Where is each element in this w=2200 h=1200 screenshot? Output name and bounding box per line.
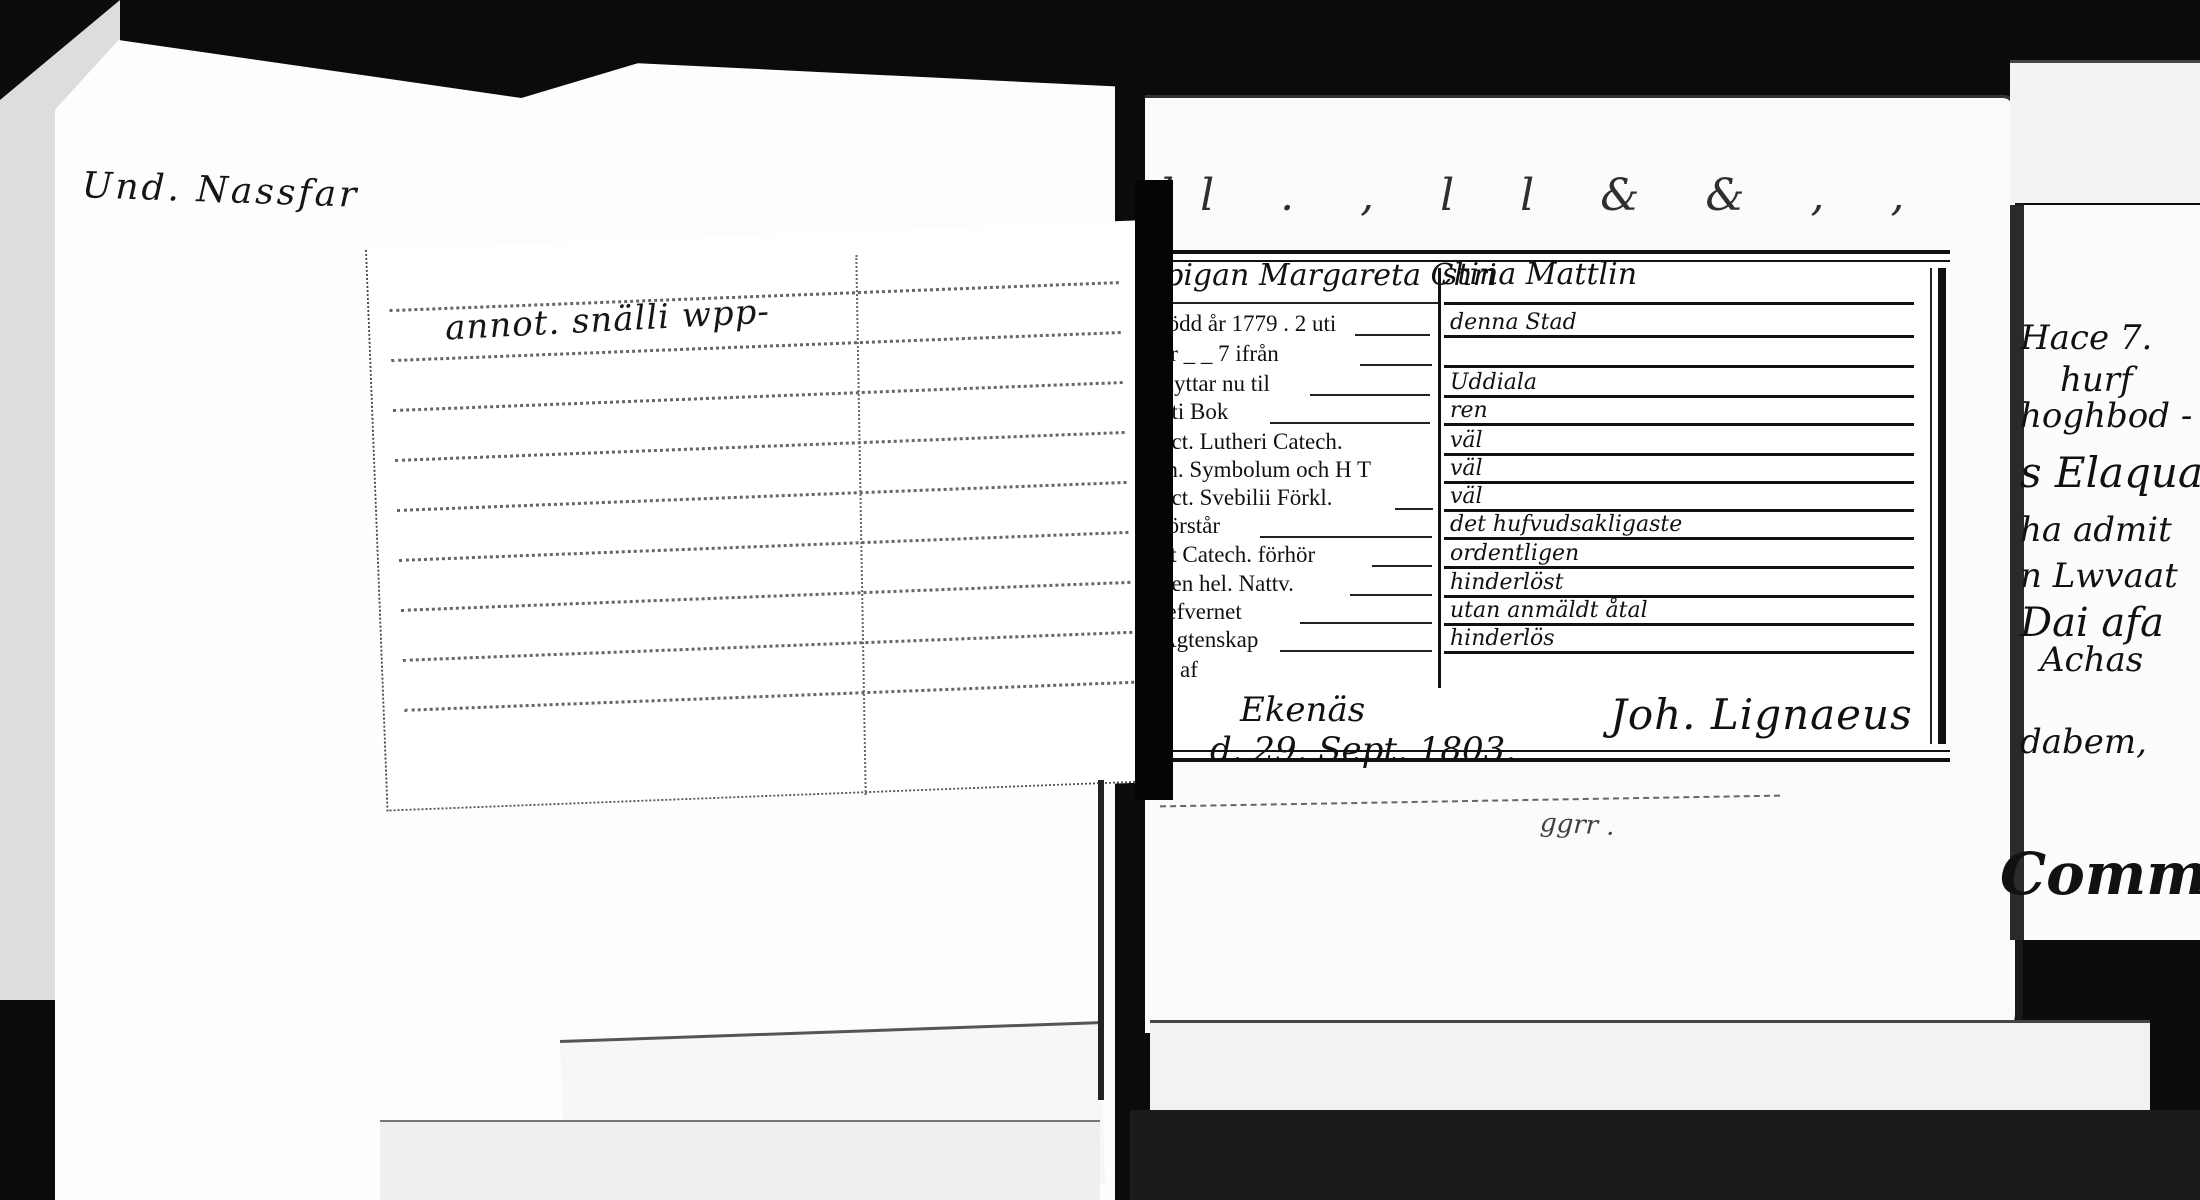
card-rule bbox=[395, 431, 1125, 462]
form-right-border bbox=[1938, 268, 1946, 744]
edge-line: Hace 7. bbox=[2020, 318, 2152, 358]
answer-line bbox=[1444, 537, 1914, 540]
left-page-fold-lower bbox=[380, 1120, 1100, 1200]
name-answer: stina Mattlin bbox=[1442, 264, 1637, 286]
certificate-form: -pigan Margareta Chri stina Mattlin född… bbox=[1150, 250, 1950, 762]
form-row-lefvernet: lefvernet utan anmäldt åtal bbox=[1150, 600, 1930, 622]
row-answer: hinderlös bbox=[1450, 628, 1555, 650]
label-line bbox=[1300, 622, 1432, 624]
answer-line bbox=[1444, 335, 1914, 338]
form-row-nattv: den hel. Nattv. hinderlöst bbox=[1150, 572, 1930, 594]
form-row-moves-to: flyttar nu til Uddiala bbox=[1150, 372, 1930, 394]
card-rule bbox=[399, 531, 1129, 562]
form-row-name: -pigan Margareta Chri stina Mattlin bbox=[1150, 272, 1930, 294]
edge-line: ha admit bbox=[2020, 510, 2172, 550]
row-label: th. Symbolum och H T bbox=[1160, 458, 1371, 482]
edge-line: n Lwvaat bbox=[2020, 556, 2178, 596]
binding-gutter bbox=[1135, 180, 1173, 800]
issued-by-label: af bbox=[1180, 657, 1198, 683]
label-line bbox=[1280, 650, 1432, 652]
answer-line bbox=[1444, 395, 1914, 398]
edge-line: dabem, bbox=[2020, 722, 2147, 762]
row-label: den hel. Nattv. bbox=[1160, 572, 1294, 596]
underline bbox=[1150, 302, 1438, 304]
edge-line: hurf bbox=[2060, 360, 2133, 400]
answer-line bbox=[1444, 423, 1914, 426]
label-line bbox=[1350, 594, 1432, 596]
card-rule bbox=[401, 581, 1131, 612]
label-line bbox=[1355, 334, 1430, 336]
row-answer: denna Stad bbox=[1450, 312, 1577, 334]
answer-line bbox=[1444, 566, 1914, 569]
row-answer: hinderlöst bbox=[1450, 572, 1563, 594]
form-row-symbolum: th. Symbolum och H T väl bbox=[1150, 458, 1930, 480]
row-label: flyttar nu til bbox=[1160, 372, 1270, 396]
signature: Joh. Lignaeus bbox=[1610, 690, 1913, 739]
answer-line bbox=[1444, 302, 1914, 305]
card-rule bbox=[405, 681, 1135, 712]
binding-strip bbox=[1098, 780, 1104, 1100]
label-line bbox=[1270, 422, 1430, 424]
form-row-lutheri: oct. Lutheri Catech. väl bbox=[1150, 430, 1930, 452]
form-right-border-inner bbox=[1930, 268, 1932, 744]
row-answer: ren bbox=[1450, 400, 1488, 422]
form-row-understands: förstår det hufvudsakligaste bbox=[1150, 514, 1930, 536]
edge-line: hoghbod - bbox=[2020, 396, 2192, 436]
form-row-from: år _ _ 7 ifrån bbox=[1150, 342, 1930, 364]
issued-date: d. 29. Sept. 1803. bbox=[1210, 730, 1516, 770]
form-row-catech-forhor: at Catech. förhör ordentligen bbox=[1150, 543, 1930, 565]
label-line bbox=[1260, 536, 1432, 538]
row-label: Ägtenskap bbox=[1160, 628, 1258, 652]
binding-bottom bbox=[1130, 1110, 2200, 1200]
label-line bbox=[1360, 364, 1432, 366]
card-rule bbox=[403, 631, 1133, 662]
row-answer: ordentligen bbox=[1450, 543, 1579, 565]
row-label: oct. Lutheri Catech. bbox=[1160, 430, 1343, 454]
answer-line bbox=[1444, 481, 1914, 484]
row-label: oct. Svebilii Förkl. bbox=[1160, 486, 1333, 510]
card-rule bbox=[393, 381, 1123, 412]
issued-place: Ekenäs bbox=[1240, 690, 1516, 730]
edge-line-large: Commanden bbox=[2000, 840, 2200, 908]
edge-line: s Elaqua bbox=[2020, 448, 2200, 497]
answer-line bbox=[1444, 453, 1914, 456]
row-answer: väl bbox=[1450, 430, 1483, 452]
label-line bbox=[1395, 508, 1433, 510]
card-rule bbox=[397, 481, 1127, 512]
row-label: at Catech. förhör bbox=[1160, 543, 1315, 567]
row-label: född år 1779 . 2 uti bbox=[1160, 312, 1336, 336]
issued-place-date: Ekenäs d. 29. Sept. 1803. bbox=[1230, 690, 1516, 770]
answer-line bbox=[1444, 365, 1914, 368]
label-line bbox=[1372, 565, 1432, 567]
form-row-svebilii: oct. Svebilii Förkl. väl bbox=[1150, 486, 1930, 508]
row-answer: utan anmäldt åtal bbox=[1450, 600, 1648, 622]
row-answer: det hufvudsakligaste bbox=[1450, 514, 1682, 536]
row-answer: väl bbox=[1450, 458, 1483, 480]
top-scribble: ll . , l l & & , , bbox=[1160, 170, 1930, 221]
answer-line bbox=[1444, 651, 1914, 654]
edge-line: Achas bbox=[2040, 640, 2143, 680]
form-row-born: född år 1779 . 2 uti denna Stad bbox=[1150, 312, 1930, 334]
right-page-stack bbox=[1150, 1020, 2150, 1117]
below-form-scribble: ggrr . bbox=[1539, 808, 1615, 842]
label-line bbox=[1310, 394, 1430, 396]
row-answer: Uddiala bbox=[1450, 372, 1537, 394]
row-answer: väl bbox=[1450, 486, 1483, 508]
row-label: år _ _ 7 ifrån bbox=[1160, 342, 1279, 366]
edge-page-top bbox=[2010, 60, 2200, 203]
form-row-agtenskap: Ägtenskap hinderlös bbox=[1150, 628, 1930, 650]
form-row-book: uti Bok ren bbox=[1150, 400, 1930, 422]
